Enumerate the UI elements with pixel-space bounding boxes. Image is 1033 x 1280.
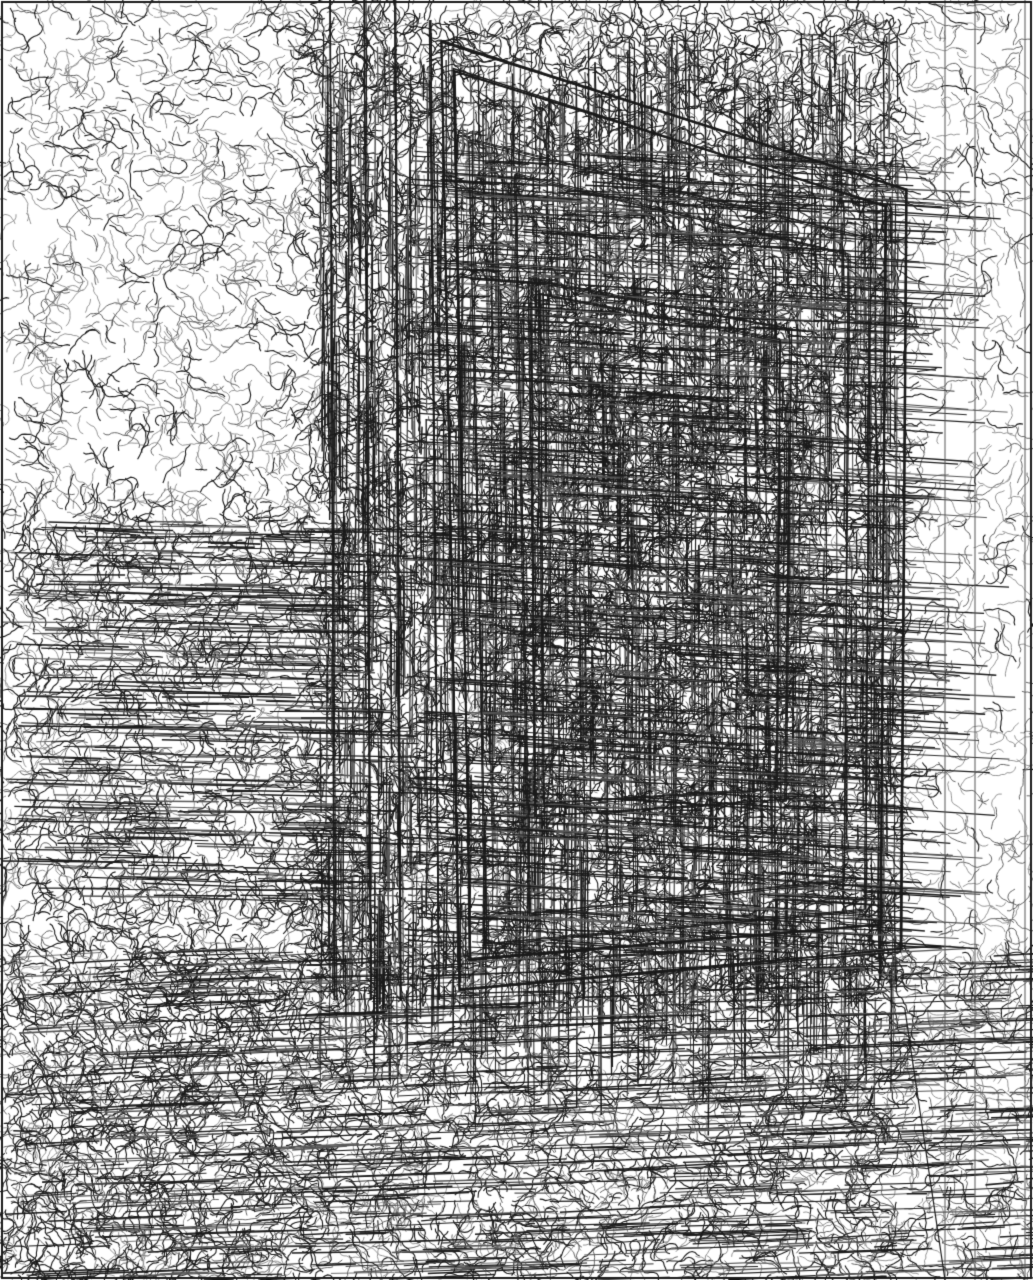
contour-drawing-canvas (0, 0, 1033, 1280)
artwork: Edge-detected contour line drawing of a … (0, 0, 1033, 1280)
